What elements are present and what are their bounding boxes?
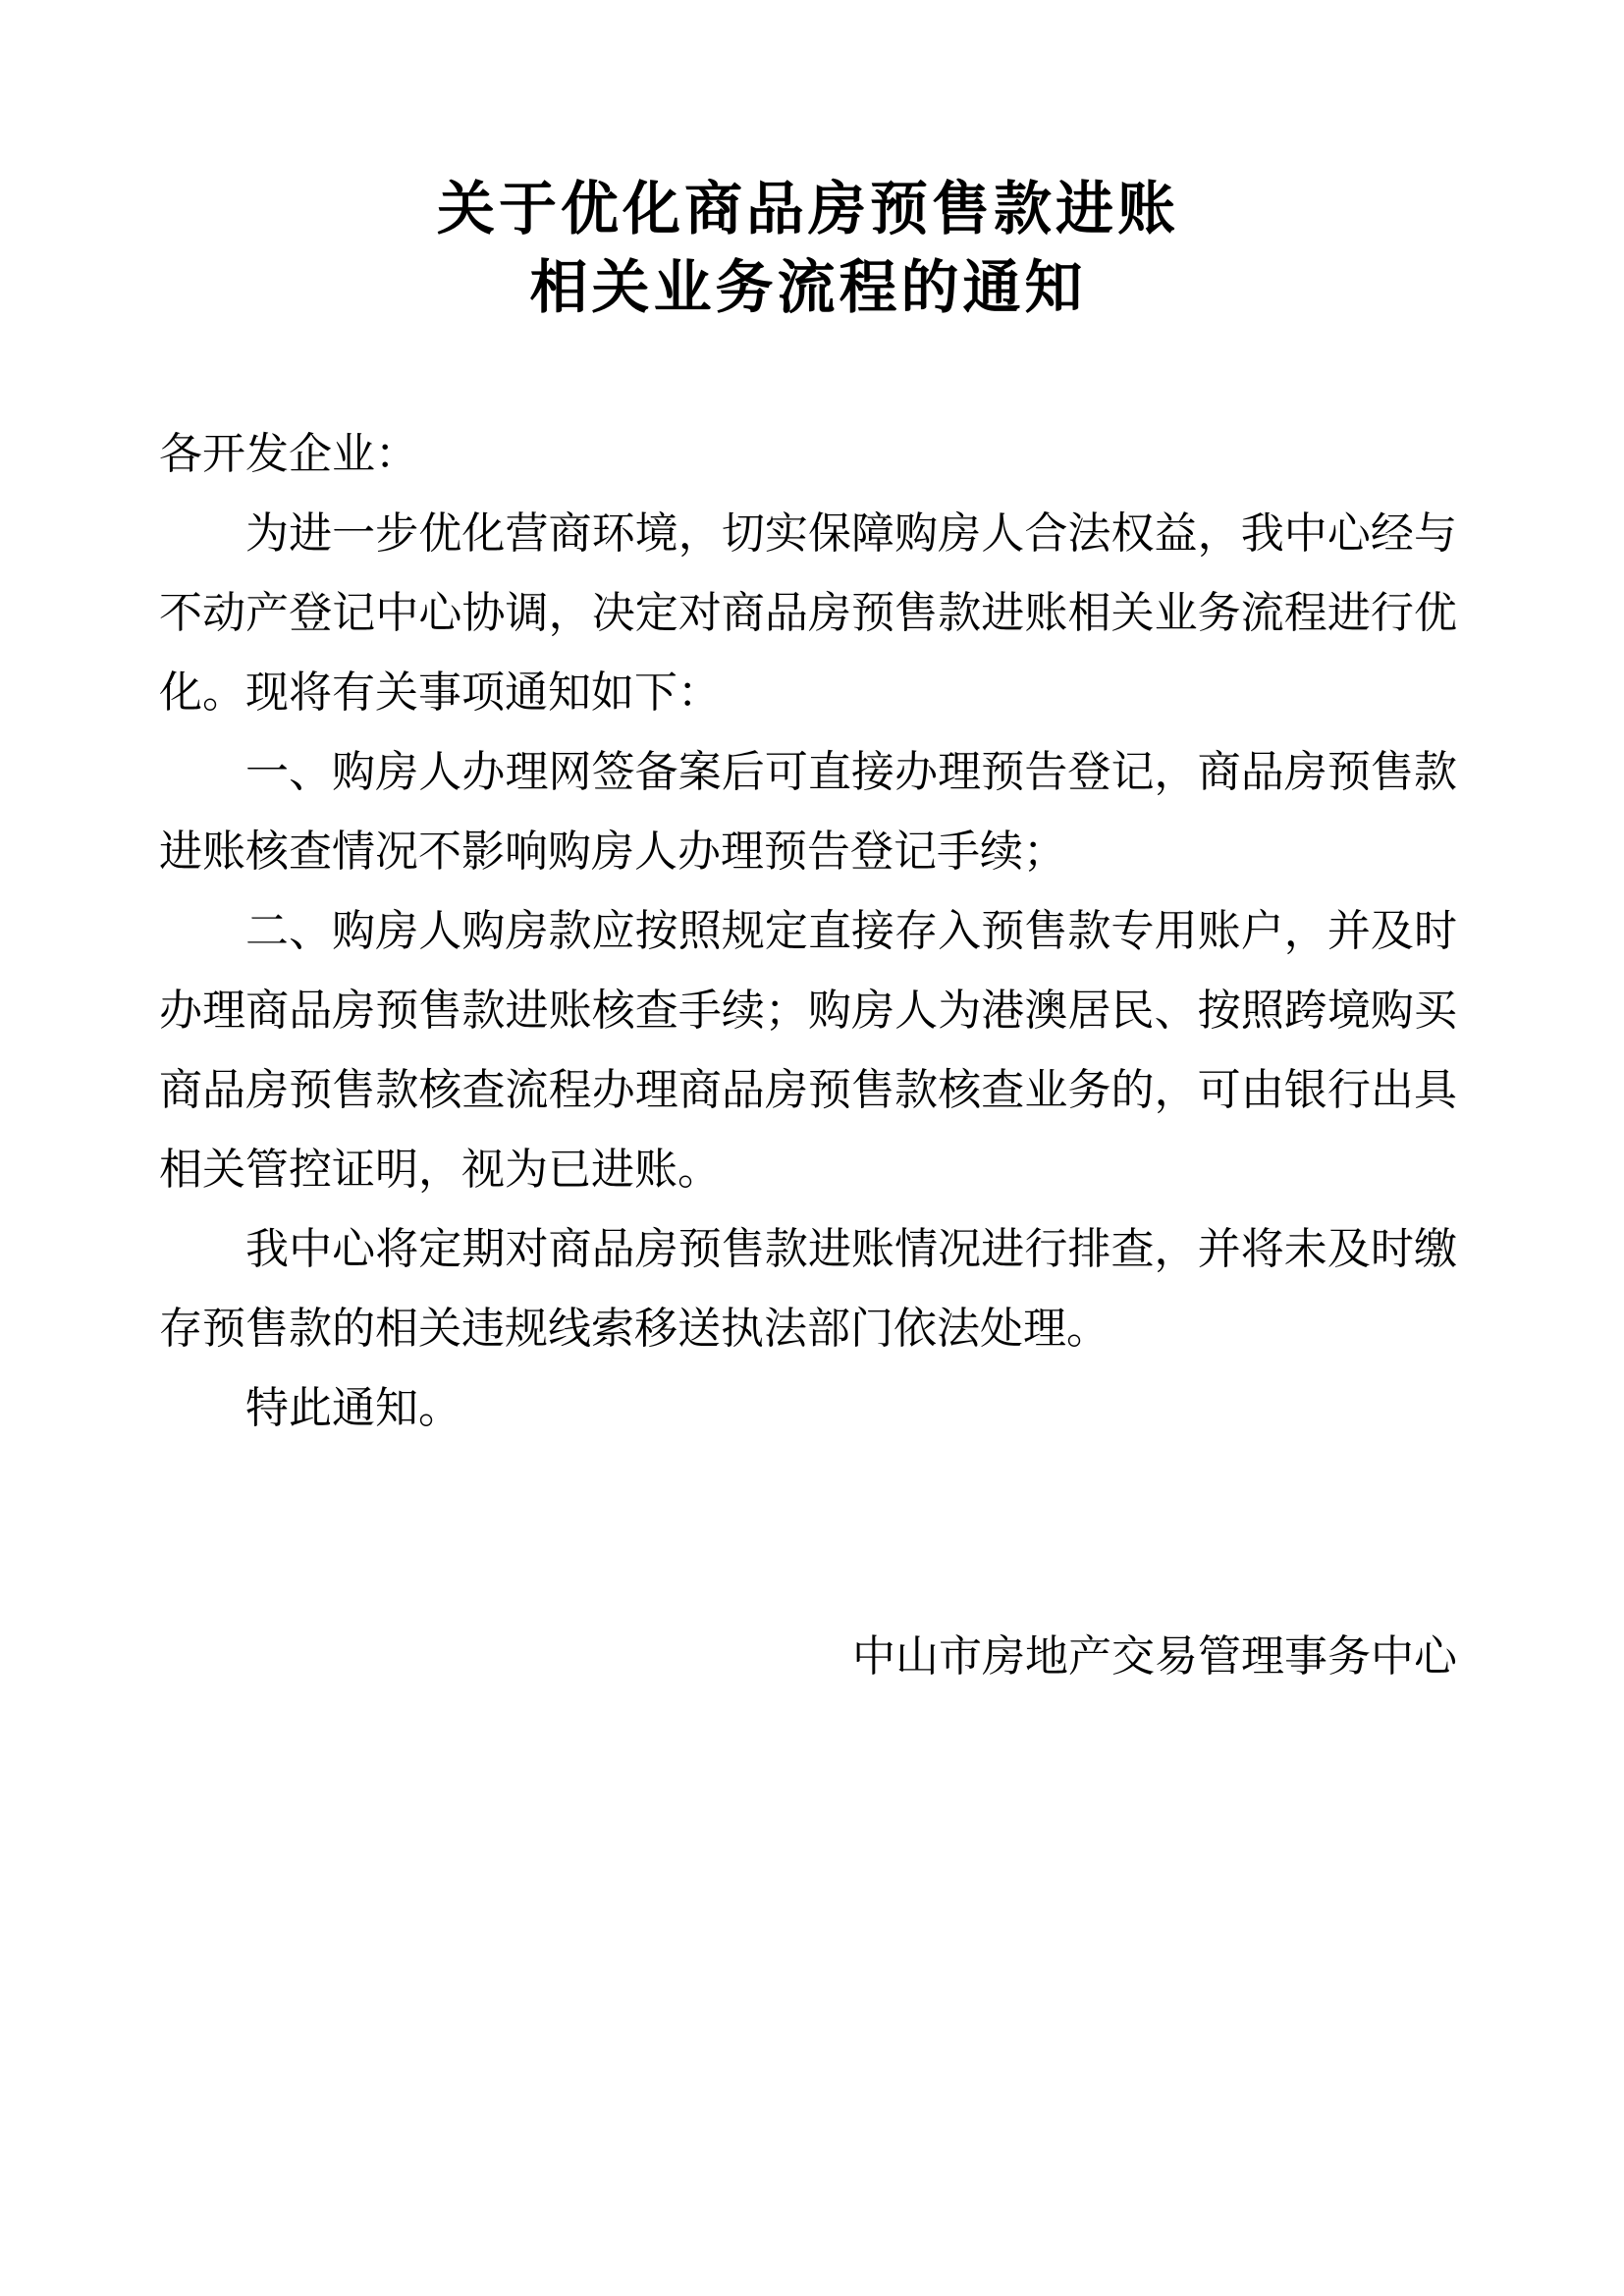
paragraph-item-2: 二、购房人购房款应按照规定直接存入预售款专用账户，并及时办理商品房预售款进账核查… (159, 891, 1457, 1209)
paragraph-item-1: 一、购房人办理网签备案后可直接办理预告登记，商品房预售款进账核查情况不影响购房人… (159, 732, 1457, 891)
salutation: 各开发企业： (159, 414, 1457, 494)
signature-org-name: 中山市房地产交易管理事务中心 (159, 1617, 1457, 1696)
document-title: 关于优化商品房预售款进账 相关业务流程的通知 (159, 170, 1457, 327)
paragraph-closing: 特此通知。 (159, 1368, 1457, 1448)
paragraph-intro: 为进一步优化营商环境，切实保障购房人合法权益，我中心经与不动产登记中心协调，决定… (159, 494, 1457, 732)
notice-document-page: 关于优化商品房预售款进账 相关业务流程的通知 各开发企业： 为进一步优化营商环境… (0, 0, 1624, 2296)
document-title-line-1: 关于优化商品房预售款进账 (159, 170, 1457, 248)
paragraph-inspection: 我中心将定期对商品房预售款进账情况进行排查，并将未及时缴存预售款的相关违规线索移… (159, 1209, 1457, 1368)
document-title-line-2: 相关业务流程的通知 (159, 248, 1457, 327)
